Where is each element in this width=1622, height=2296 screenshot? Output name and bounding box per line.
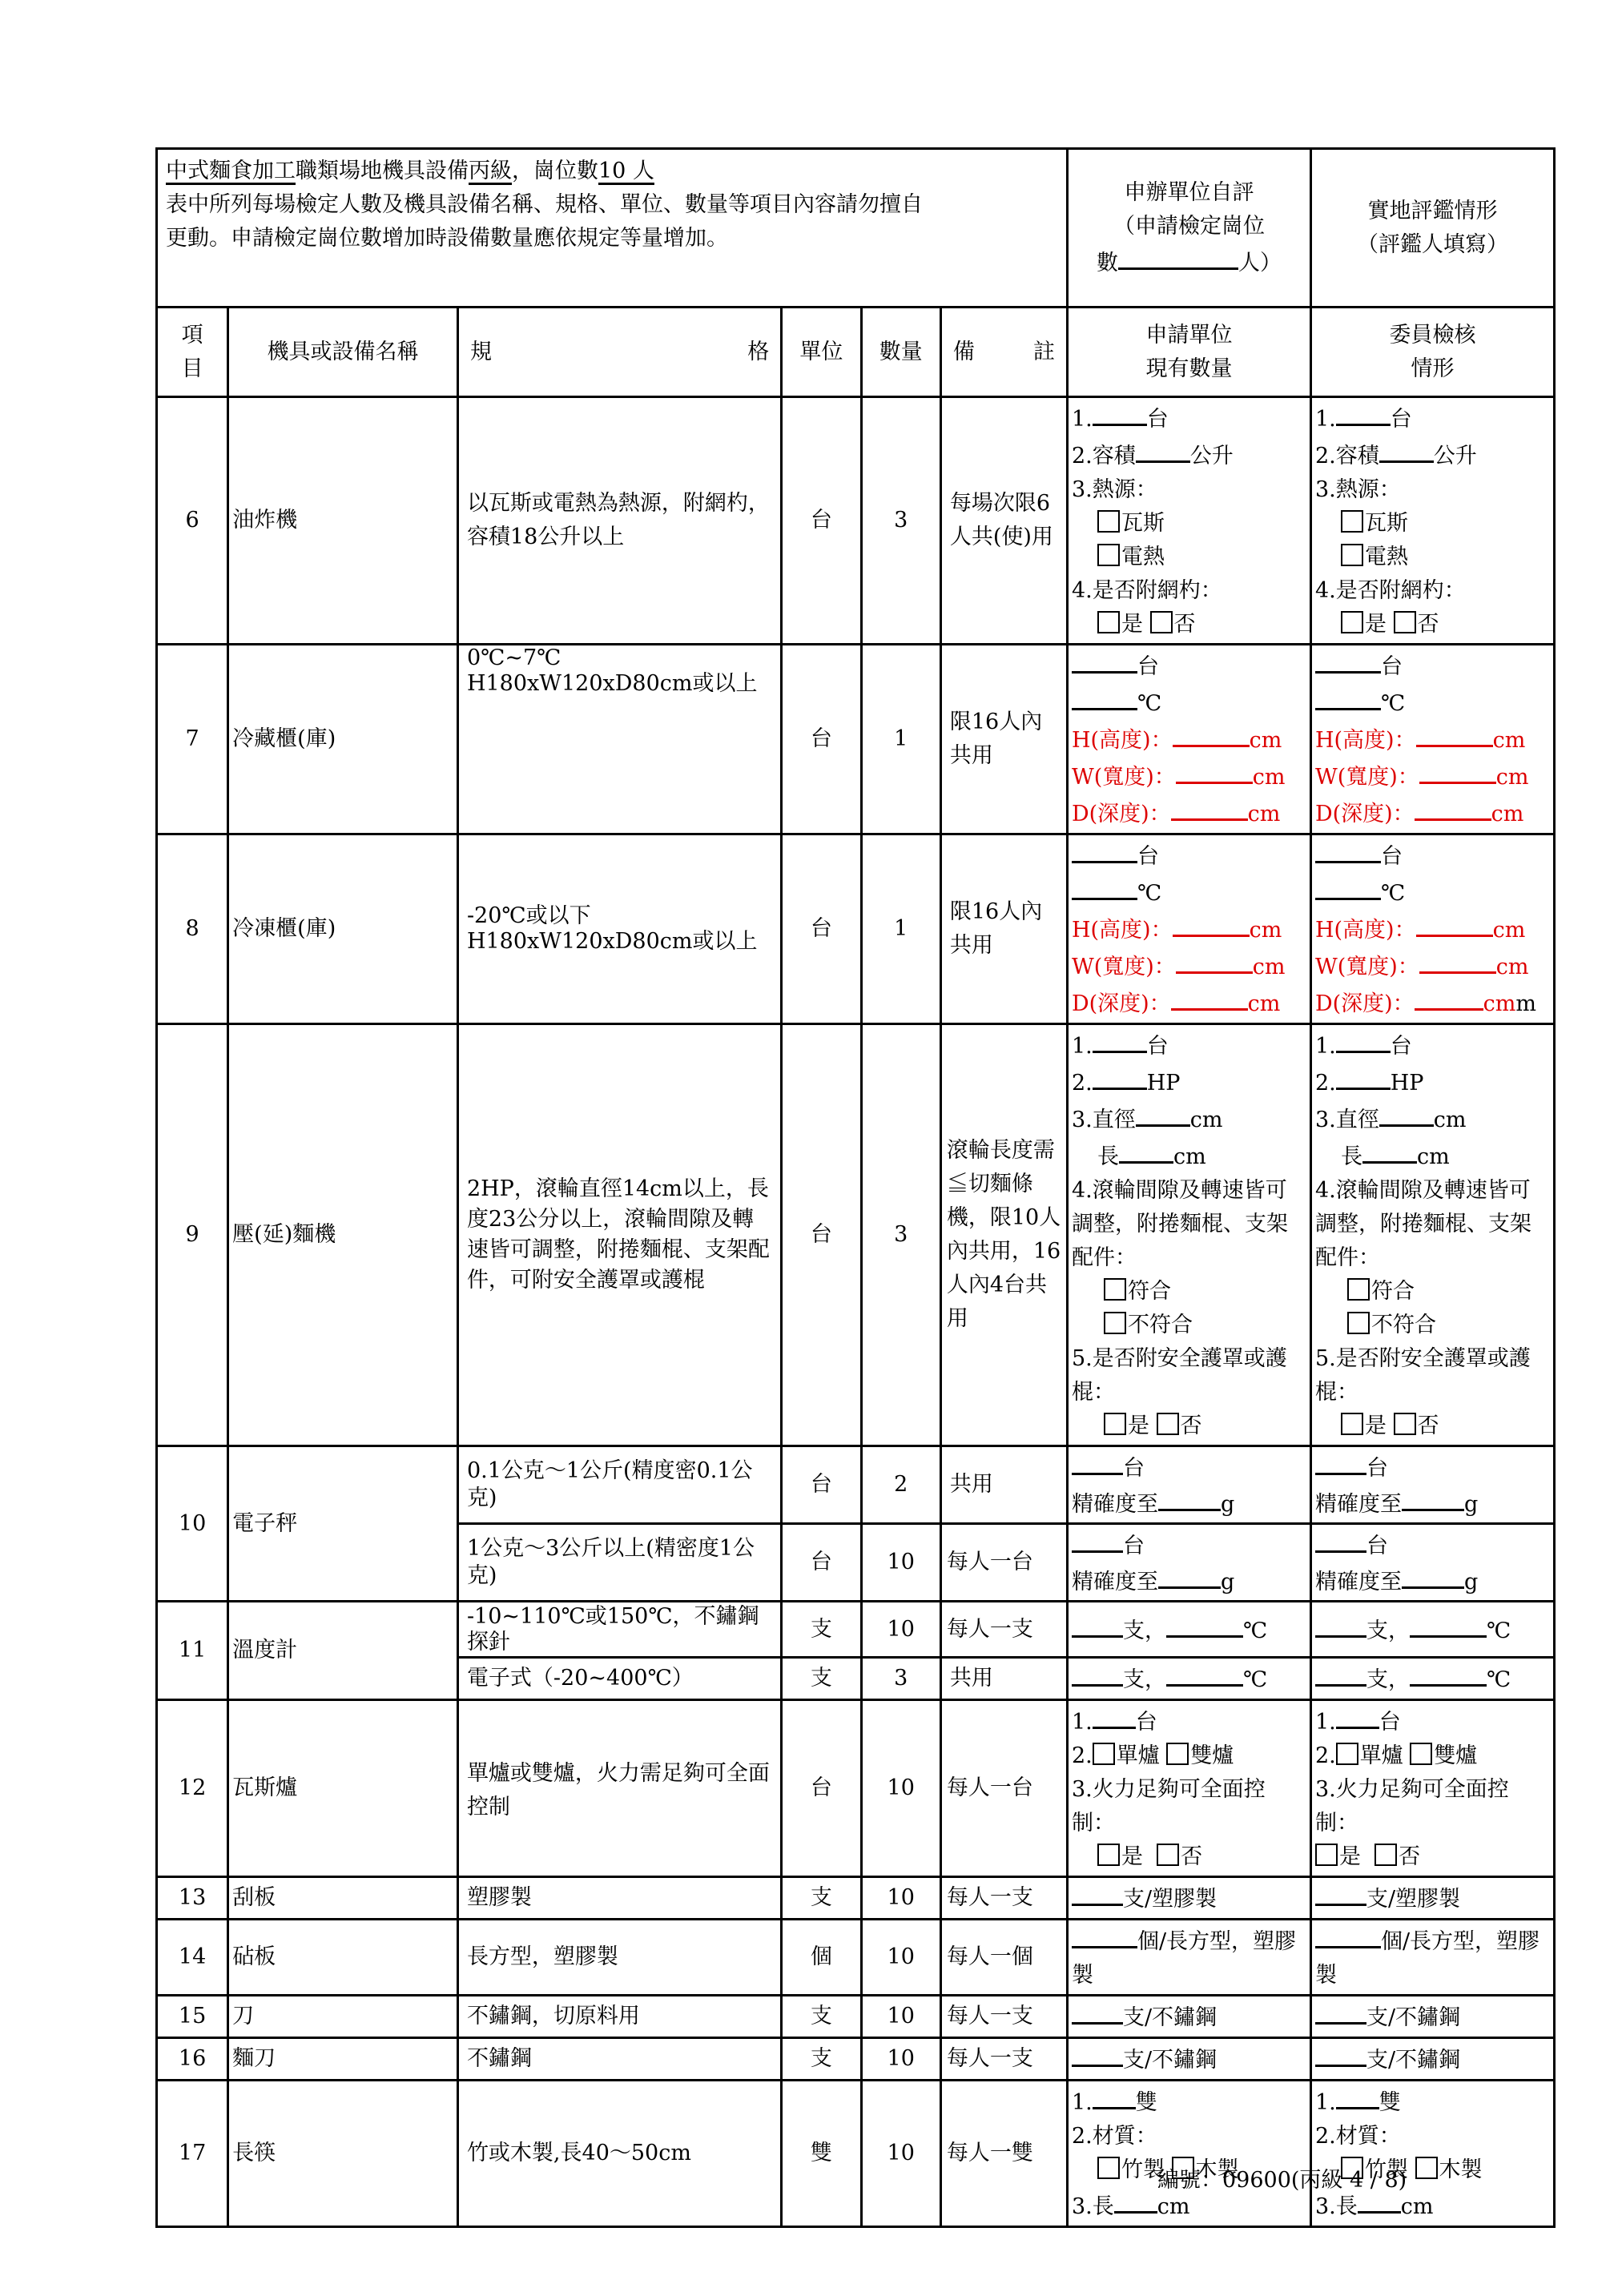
applicant-check-6: 1.台 2.容積公升 3.熱源： 瓦斯 電熱 4.是否附網杓： 是 否 (1067, 397, 1310, 645)
checkbox-noncompliant[interactable] (1347, 1312, 1370, 1334)
precision-field[interactable] (1402, 1485, 1464, 1511)
self-eval-line2: （申請檢定崗位 (1085, 210, 1294, 243)
width-field[interactable] (1419, 758, 1496, 784)
item-qty: 1 (861, 645, 940, 834)
item-spec: 1公克～3公斤以上(精密度1公克) (457, 1524, 781, 1602)
width-field[interactable] (1176, 758, 1253, 784)
reviewer-check-15: 支/不鏽鋼 (1310, 1996, 1554, 2038)
item-note: 每人一支 (940, 1602, 1067, 1658)
temp-field[interactable] (1410, 1660, 1487, 1687)
item-spec: 0℃~7℃H180xW120xD80cm或以上 (457, 645, 781, 834)
table-row: 14 砧板 長方型，塑膠製 個 10 每人一個 個/長方型，塑膠製 個/長方型，… (157, 1920, 1555, 1996)
item-spec: 竹或木製,長40～50cm (457, 2081, 781, 2227)
reviewer-check-11b: 支，℃ (1310, 1658, 1554, 1700)
col-name: 機具或設備名稱 (228, 308, 458, 397)
count-field[interactable] (1336, 400, 1391, 426)
item-no: 15 (157, 1996, 228, 2038)
item-name: 瓦斯爐 (228, 1700, 458, 1877)
count-field[interactable] (1315, 1922, 1381, 1948)
reviewer-check-14: 個/長方型，塑膠製 (1310, 1920, 1554, 1996)
checkbox-yes[interactable] (1341, 1413, 1363, 1435)
count-field[interactable] (1072, 1922, 1137, 1948)
item-note: 滾輪長度需≦切麵條機，限10人內共用，16人內4台共用 (940, 1024, 1067, 1446)
item-unit: 個 (782, 1920, 861, 1996)
item-name: 電子秤 (228, 1446, 458, 1602)
height-field[interactable] (1173, 721, 1250, 747)
onsite-line2: （評鑑人填寫） (1315, 228, 1550, 262)
item-unit: 台 (782, 645, 861, 834)
count-field[interactable] (1315, 1660, 1366, 1687)
depth-field[interactable] (1415, 984, 1483, 1011)
col-qty: 數量 (861, 308, 940, 397)
count-field[interactable] (1315, 2041, 1366, 2067)
self-eval-prefix: 數 (1097, 251, 1118, 275)
item-no: 8 (157, 834, 228, 1024)
item-no: 12 (157, 1700, 228, 1877)
checkbox-gas[interactable] (1341, 510, 1363, 533)
applicant-check-13: 支/塑膠製 (1067, 1877, 1310, 1920)
column-header-row: 項目 機具或設備名稱 規格 單位 數量 備註 申請單位現有數量 委員檢核情形 (157, 308, 1555, 397)
count-field[interactable] (1072, 1998, 1123, 2025)
item-name: 砧板 (228, 1920, 458, 1996)
self-eval-header: 申辦單位自評 （申請檢定崗位 數人） (1067, 149, 1310, 308)
item-unit: 支 (782, 1996, 861, 2038)
header-row: 中式麵食加工職類場地機具設備丙級，崗位數10 人 表中所列每場檢定人數及機具設備… (157, 149, 1555, 308)
item-name: 刮板 (228, 1877, 458, 1920)
col-item: 項目 (157, 308, 228, 397)
temp-field[interactable] (1166, 1611, 1243, 1638)
equipment-table: 中式麵食加工職類場地機具設備丙級，崗位數10 人 表中所列每場檢定人數及機具設備… (155, 147, 1556, 2228)
temp-field[interactable] (1072, 874, 1137, 900)
item-qty: 1 (861, 834, 940, 1024)
diameter-field[interactable] (1136, 1100, 1190, 1127)
checkbox-yes[interactable] (1315, 1844, 1338, 1866)
count-field[interactable] (1315, 1449, 1366, 1475)
item-note: 每場次限6人共(使)用 (940, 397, 1067, 645)
checkbox-noncompliant[interactable] (1104, 1312, 1126, 1334)
item-no: 14 (157, 1920, 228, 1996)
count-field[interactable] (1315, 1526, 1366, 1553)
item-note: 共用 (940, 1446, 1067, 1524)
item-qty: 3 (861, 1024, 940, 1446)
depth-field[interactable] (1171, 984, 1248, 1011)
applicant-check-8: 台 ℃ H(高度)：cm W(寬度)：cm D(深度)：cm (1067, 834, 1310, 1024)
item-note: 每人一支 (940, 1877, 1067, 1920)
reviewer-check-10a: 台 精確度至g (1310, 1446, 1554, 1524)
depth-field[interactable] (1171, 794, 1248, 821)
temp-field[interactable] (1072, 684, 1137, 710)
item-unit: 台 (782, 397, 861, 645)
form-note-1: 表中所列每場檢定人數及機具設備名稱、規格、單位、數量等項目內容請勿擅自 (166, 188, 1058, 222)
item-name: 壓(延)麵機 (228, 1024, 458, 1446)
table-row: 9 壓(延)麵機 2HP，滾輪直徑14cm以上，長度23公分以上，滾輪間隙及轉速… (157, 1024, 1555, 1446)
item-name: 麵刀 (228, 2038, 458, 2081)
item-qty: 10 (861, 2081, 940, 2227)
count-field[interactable] (1093, 1027, 1147, 1053)
item-spec: -20℃或以下H180xW120xD80cm或以上 (457, 834, 781, 1024)
count-field[interactable] (1072, 837, 1137, 863)
count-field[interactable] (1336, 1703, 1379, 1729)
count-field[interactable] (1315, 1998, 1366, 2025)
applicant-check-9: 1.台 2.HP 3.直徑cm 長cm 4.滾輪間隙及轉速皆可調整，附捲麵棍、支… (1067, 1024, 1310, 1446)
reviewer-check-9: 1.台 2.HP 3.直徑cm 長cm 4.滾輪間隙及轉速皆可調整，附捲麵棍、支… (1310, 1024, 1554, 1446)
checkbox-wood[interactable] (1415, 2157, 1438, 2179)
item-unit: 台 (782, 834, 861, 1024)
item-no: 7 (157, 645, 228, 834)
item-unit: 台 (782, 1024, 861, 1446)
checkbox-bamboo[interactable] (1097, 2157, 1120, 2179)
item-qty: 10 (861, 1602, 940, 1658)
checkbox-single-burner[interactable] (1093, 1743, 1115, 1765)
item-no: 9 (157, 1024, 228, 1446)
reviewer-check-13: 支/塑膠製 (1310, 1877, 1554, 1920)
applicant-check-7: 台 ℃ H(高度)：cm W(寬度)：cm D(深度)：cm (1067, 645, 1310, 834)
item-qty: 10 (861, 1700, 940, 1877)
title-text-2: ，崗位數 (512, 159, 598, 183)
item-qty: 10 (861, 1524, 940, 1602)
col-unit: 單位 (782, 308, 861, 397)
form-title-cell: 中式麵食加工職類場地機具設備丙級，崗位數10 人 表中所列每場檢定人數及機具設備… (157, 149, 1068, 308)
checkbox-no[interactable] (1150, 611, 1173, 633)
item-unit: 台 (782, 1446, 861, 1524)
diameter-field[interactable] (1379, 1100, 1434, 1127)
item-name: 冷凍櫃(庫) (228, 834, 458, 1024)
checkbox-no[interactable] (1157, 1844, 1179, 1866)
count-field[interactable] (1072, 1660, 1123, 1687)
precision-field[interactable] (1158, 1485, 1221, 1511)
count-field[interactable] (1336, 1027, 1391, 1053)
checkbox-no[interactable] (1394, 611, 1416, 633)
item-spec: 塑膠製 (457, 1877, 781, 1920)
height-field[interactable] (1416, 721, 1493, 747)
temp-field[interactable] (1410, 1611, 1487, 1638)
col-note: 備註 (940, 308, 1067, 397)
item-no: 17 (157, 2081, 228, 2227)
self-eval-suffix: 人） (1238, 251, 1282, 275)
item-note: 共用 (940, 1658, 1067, 1700)
reviewer-check-10b: 台 精確度至g (1310, 1524, 1554, 1602)
item-note: 每人一雙 (940, 2081, 1067, 2227)
count-field[interactable] (1072, 1526, 1123, 1553)
hp-field[interactable] (1093, 1064, 1147, 1090)
item-unit: 台 (782, 1524, 861, 1602)
depth-field[interactable] (1415, 794, 1491, 821)
precision-field[interactable] (1158, 1562, 1221, 1589)
precision-field[interactable] (1402, 1562, 1464, 1589)
col-spec: 規格 (457, 308, 781, 397)
item-no: 13 (157, 1877, 228, 1920)
item-no: 16 (157, 2038, 228, 2081)
applicant-check-10a: 台 精確度至g (1067, 1446, 1310, 1524)
form-note-2: 更動。申請檢定崗位數增加時設備數量應依規定等量增加。 (166, 222, 1058, 255)
table-row: 15 刀 不鏽鋼，切原料用 支 10 每人一支 支/不鏽鋼 支/不鏽鋼 (157, 1996, 1555, 2038)
length-field[interactable] (1362, 1137, 1417, 1164)
item-qty: 3 (861, 397, 940, 645)
onsite-header: 實地評鑑情形 （評鑑人填寫） (1310, 149, 1554, 308)
reviewer-check-7: 台 ℃ H(高度)：cm W(寬度)：cm D(深度)：cm (1310, 645, 1554, 834)
table-row: 16 麵刀 不鏽鋼 支 10 每人一支 支/不鏽鋼 支/不鏽鋼 (157, 2038, 1555, 2081)
item-unit: 雙 (782, 2081, 861, 2227)
item-spec: 2HP，滾輪直徑14cm以上，長度23公分以上，滾輪間隙及轉速皆可調整，附捲麵棍… (457, 1024, 781, 1446)
hp-field[interactable] (1336, 1064, 1391, 1090)
item-note: 每人一支 (940, 2038, 1067, 2081)
length-field[interactable] (1114, 2187, 1157, 2214)
item-note: 限16人內共用 (940, 834, 1067, 1024)
table-row: 6 油炸機 以瓦斯或電熱為熱源，附網杓，容積18公升以上 台 3 每場次限6人共… (157, 397, 1555, 645)
item-no: 11 (157, 1602, 228, 1700)
count-field[interactable] (1072, 647, 1137, 674)
item-note: 每人一個 (940, 1920, 1067, 1996)
count-field[interactable] (1315, 1611, 1366, 1638)
applicant-check-11b: 支，℃ (1067, 1658, 1310, 1700)
item-qty: 10 (861, 2038, 940, 2081)
item-qty: 10 (861, 1877, 940, 1920)
reviewer-check-8: 台 ℃ H(高度)：cm W(寬度)：cm D(深度)：cmm (1310, 834, 1554, 1024)
count-field[interactable] (1072, 1611, 1123, 1638)
checkbox-yes[interactable] (1341, 611, 1363, 633)
title-level: 丙級 (469, 159, 512, 183)
table-row: 17 長筷 竹或木製,長40～50cm 雙 10 每人一雙 1.雙 2.材質： … (157, 2081, 1555, 2227)
table-row: 11 溫度計 -10~110℃或150℃，不鏽鋼探針 支 10 每人一支 支，℃… (157, 1602, 1555, 1658)
item-spec: -10~110℃或150℃，不鏽鋼探針 (457, 1602, 781, 1658)
applicant-check-10b: 台 精確度至g (1067, 1524, 1310, 1602)
reviewer-check-11a: 支，℃ (1310, 1602, 1554, 1658)
temp-field[interactable] (1166, 1660, 1243, 1687)
title-text: 職類場地機具設備 (296, 159, 469, 183)
temp-field[interactable] (1315, 874, 1381, 900)
checkbox-electric[interactable] (1341, 544, 1363, 566)
count-field[interactable] (1072, 1449, 1123, 1475)
item-note: 每人一台 (940, 1524, 1067, 1602)
item-note: 每人一支 (940, 1996, 1067, 2038)
width-field[interactable] (1176, 947, 1253, 974)
item-no: 10 (157, 1446, 228, 1602)
reviewer-check-17: 1.雙 2.材質： 竹製 木製 3.長cm (1310, 2081, 1554, 2227)
count-field[interactable] (1093, 2083, 1136, 2109)
checkbox-yes[interactable] (1097, 1844, 1120, 1866)
item-spec: 電子式（-20~400℃） (457, 1658, 781, 1700)
checkbox-no[interactable] (1157, 1413, 1179, 1435)
table-row: 8 冷凍櫃(庫) -20℃或以下H180xW120xD80cm或以上 台 1 限… (157, 834, 1555, 1024)
col-applicant: 申請單位現有數量 (1067, 308, 1310, 397)
height-field[interactable] (1416, 911, 1493, 937)
applicant-check-15: 支/不鏽鋼 (1067, 1996, 1310, 2038)
item-name: 溫度計 (228, 1602, 458, 1700)
reviewer-check-16: 支/不鏽鋼 (1310, 2038, 1554, 2081)
capacity-field[interactable] (1136, 436, 1190, 463)
item-note: 限16人內共用 (940, 645, 1067, 834)
applicant-check-16: 支/不鏽鋼 (1067, 2038, 1310, 2081)
table-row: 13 刮板 塑膠製 支 10 每人一支 支/塑膠製 支/塑膠製 (157, 1877, 1555, 1920)
item-spec: 0.1公克～1公斤(精度密0.1公克) (457, 1446, 781, 1524)
temp-field[interactable] (1315, 684, 1381, 710)
checkbox-electric[interactable] (1097, 544, 1120, 566)
item-no: 6 (157, 397, 228, 645)
item-unit: 支 (782, 1658, 861, 1700)
reviewer-check-6: 1.台 2.容積公升 3.熱源： 瓦斯 電熱 4.是否附網杓： 是 否 (1310, 397, 1554, 645)
count-field[interactable] (1315, 837, 1381, 863)
checkbox-yes[interactable] (1104, 1413, 1126, 1435)
count-field[interactable] (1093, 1703, 1136, 1729)
item-name: 油炸機 (228, 397, 458, 645)
checkbox-single-burner[interactable] (1336, 1743, 1358, 1765)
item-spec: 長方型，塑膠製 (457, 1920, 781, 1996)
item-qty: 10 (861, 1920, 940, 1996)
item-unit: 支 (782, 1877, 861, 1920)
item-spec: 單爐或雙爐，火力需足夠可全面控制 (457, 1700, 781, 1877)
count-field[interactable] (1315, 647, 1381, 674)
item-name: 冷藏櫃(庫) (228, 645, 458, 834)
table-row: 12 瓦斯爐 單爐或雙爐，火力需足夠可全面控制 台 10 每人一台 1.台 2.… (157, 1700, 1555, 1877)
applicant-check-14: 個/長方型，塑膠製 (1067, 1920, 1310, 1996)
item-unit: 台 (782, 1700, 861, 1877)
count-field[interactable] (1072, 1880, 1123, 1906)
width-field[interactable] (1419, 947, 1496, 974)
item-spec: 不鏽鋼 (457, 2038, 781, 2081)
capacity-field[interactable] (1379, 436, 1434, 463)
onsite-line1: 實地評鑑情形 (1315, 195, 1550, 228)
count-field[interactable] (1093, 400, 1147, 426)
page-footer-code: 編號：09600(丙級 4 / 8) (1157, 2162, 1407, 2193)
self-eval-line1: 申辦單位自評 (1085, 176, 1294, 210)
count-field[interactable] (1336, 2083, 1379, 2109)
item-note: 每人一台 (940, 1700, 1067, 1877)
title-count: 10 人 (598, 159, 654, 183)
item-name: 刀 (228, 1996, 458, 2038)
equipment-form-page: 中式麵食加工職類場地機具設備丙級，崗位數10 人 表中所列每場檢定人數及機具設備… (155, 147, 1556, 2228)
applicant-check-12: 1.台 2.單爐 雙爐 3.火力足夠可全面控制： 是 否 (1067, 1700, 1310, 1877)
checkbox-double-burner[interactable] (1410, 1743, 1432, 1765)
col-reviewer: 委員檢核情形 (1310, 308, 1554, 397)
table-row: 10 電子秤 0.1公克～1公斤(精度密0.1公克) 台 2 共用 台 精確度至… (157, 1446, 1555, 1524)
checkbox-no[interactable] (1394, 1413, 1416, 1435)
applicant-check-11a: 支，℃ (1067, 1602, 1310, 1658)
checkbox-compliant[interactable] (1104, 1278, 1126, 1301)
title-trade: 中式麵食加工 (166, 159, 296, 183)
checkbox-yes[interactable] (1097, 611, 1120, 633)
height-field[interactable] (1173, 911, 1250, 937)
length-field[interactable] (1119, 1137, 1173, 1164)
item-qty: 10 (861, 1996, 940, 2038)
applicant-check-17: 1.雙 2.材質： 竹製 木製 3.長cm (1067, 2081, 1310, 2227)
item-qty: 3 (861, 1658, 940, 1700)
checkbox-no[interactable] (1374, 1844, 1397, 1866)
item-unit: 支 (782, 1602, 861, 1658)
station-count-field[interactable] (1118, 243, 1238, 270)
checkbox-double-burner[interactable] (1166, 1743, 1189, 1765)
item-qty: 2 (861, 1446, 940, 1524)
table-row: 7 冷藏櫃(庫) 0℃~7℃H180xW120xD80cm或以上 台 1 限16… (157, 645, 1555, 834)
item-unit: 支 (782, 2038, 861, 2081)
checkbox-gas[interactable] (1097, 510, 1120, 533)
count-field[interactable] (1072, 2041, 1123, 2067)
item-name: 長筷 (228, 2081, 458, 2227)
item-spec: 不鏽鋼，切原料用 (457, 1996, 781, 2038)
reviewer-check-12: 1.台 2.單爐 雙爐 3.火力足夠可全面控制： 是 否 (1310, 1700, 1554, 1877)
count-field[interactable] (1315, 1880, 1366, 1906)
checkbox-compliant[interactable] (1347, 1278, 1370, 1301)
item-spec: 以瓦斯或電熱為熱源，附網杓，容積18公升以上 (457, 397, 781, 645)
